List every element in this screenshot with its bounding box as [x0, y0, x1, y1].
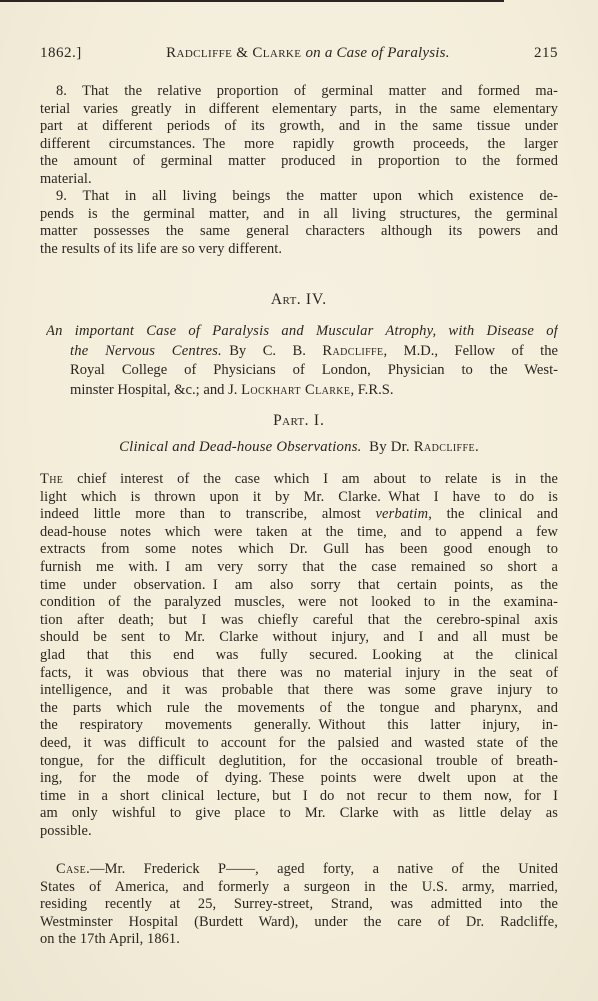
- text-line: should be sent to Mr. Clarke without inj…: [40, 629, 558, 647]
- text-line: material.: [40, 171, 558, 189]
- text-line: tongue, for the difficult deglutition, f…: [40, 753, 558, 771]
- running-title: Radcliffe & Clarke on a Case of Paralysi…: [82, 45, 534, 62]
- case-paragraph: Case.—Mr. Frederick P——, aged forty, a n…: [40, 861, 558, 949]
- text-line: extracts from some notes which Dr. Gull …: [40, 541, 558, 559]
- paragraph-8: 8. That the relative proportion of germi…: [40, 83, 558, 189]
- text-line: intelligence, and it was probable that t…: [40, 682, 558, 700]
- text-line: time in a short clinical lecture, but I …: [40, 788, 558, 806]
- section-divider-rule: [0, 0, 504, 2]
- text-line: the amount of germinal matter produced i…: [40, 153, 558, 171]
- text-line: glad that this end was fully secured. Lo…: [40, 647, 558, 665]
- text-line: furnish me with. I am very sorry that th…: [40, 559, 558, 577]
- text-line: indeed little more than to transcribe, a…: [40, 506, 558, 524]
- text-line: Westminster Hospital (Burdett Ward), und…: [40, 914, 558, 932]
- text-line: residing recently at 25, Surrey-street, …: [40, 896, 558, 914]
- text-line: the parts which rule the movements of th…: [40, 700, 558, 718]
- text-line: 8. That the relative proportion of germi…: [40, 83, 558, 101]
- text-line: Royal College of Physicians of London, P…: [70, 361, 558, 381]
- text-line: minster Hospital, &c.; and J. Lockhart C…: [70, 381, 558, 401]
- section-subtitle: Clinical and Dead-house Observations. By…: [40, 439, 558, 456]
- opening-paragraph: The chief interest of the case which I a…: [40, 471, 558, 840]
- year-label: 1862.]: [40, 45, 82, 62]
- part-heading: Part. I.: [40, 412, 558, 430]
- text-line: 9. That in all living beings the matter …: [40, 188, 558, 206]
- text-line: facts, it was obvious that there was no …: [40, 665, 558, 683]
- article-title: An important Case of Paralysis and Muscu…: [40, 322, 558, 400]
- text-line: matter possesses the same general charac…: [40, 223, 558, 241]
- text-line: ing, for the mode of dying. These points…: [40, 770, 558, 788]
- journal-page: 1862.] Radcliffe & Clarke on a Case of P…: [0, 0, 598, 1001]
- text-line: An important Case of Paralysis and Muscu…: [46, 322, 558, 342]
- text-line: different circumstances. The more rapidl…: [40, 136, 558, 154]
- text-line: dead-house notes which were taken at the…: [40, 524, 558, 542]
- page-number: 215: [534, 45, 558, 62]
- text-line: terial varies greatly in different eleme…: [40, 101, 558, 119]
- paragraph-9: 9. That in all living beings the matter …: [40, 188, 558, 258]
- text-line: Case.—Mr. Frederick P——, aged forty, a n…: [40, 861, 558, 879]
- text-line: the results of its life are so very diff…: [40, 241, 558, 259]
- text-line: the respiratory movements generally. Wit…: [40, 717, 558, 735]
- text-line: am only wishful to give place to Mr. Cla…: [40, 805, 558, 823]
- text-line: on the 17th April, 1861.: [40, 931, 558, 949]
- text-line: pends is the germinal matter, and in all…: [40, 206, 558, 224]
- text-line: possible.: [40, 823, 558, 841]
- text-line: time under observation. I am also sorry …: [40, 577, 558, 595]
- text-line: deed, it was difficult to account for th…: [40, 735, 558, 753]
- text-line: tion after death; but I was chiefly care…: [40, 612, 558, 630]
- text-line: part at different periods of its growth,…: [40, 118, 558, 136]
- article-heading: Art. IV.: [40, 291, 558, 309]
- text-line: light which is thrown upon it by Mr. Cla…: [40, 489, 558, 507]
- text-line: The chief interest of the case which I a…: [40, 471, 558, 489]
- text-line: condition of the paralyzed muscles, were…: [40, 594, 558, 612]
- text-line: States of America, and formerly a surgeo…: [40, 879, 558, 897]
- text-line: the Nervous Centres. By C. B. Radcliffe,…: [70, 342, 558, 362]
- page-header: 1862.] Radcliffe & Clarke on a Case of P…: [40, 45, 558, 63]
